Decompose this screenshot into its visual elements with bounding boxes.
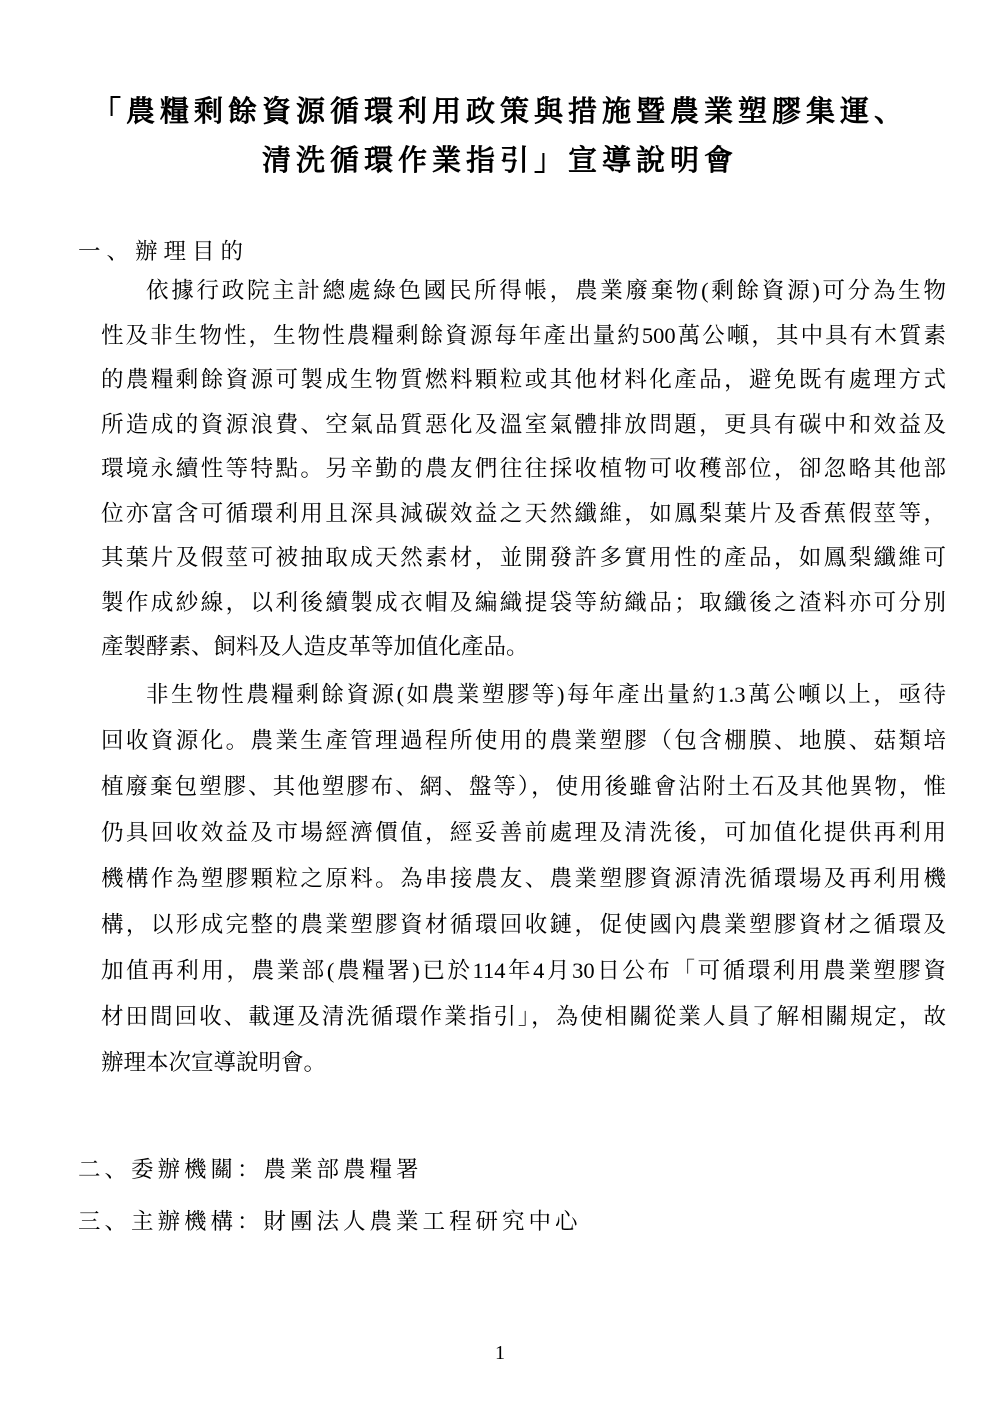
- paragraph-1-line-8: 製作成紗線，以利後續製成衣帽及編織提袋等紡織品；取纖後之渣料亦可分別: [101, 581, 946, 626]
- paragraph-1-line-5: 環境永續性等特點。另辛勤的農友們往往採收植物可收穫部位，卻忽略其他部: [101, 447, 946, 492]
- paragraph-2-line-8: 材田間回收、載運及清洗循環作業指引」，為使相關從業人員了解相關規定，故: [101, 994, 946, 1040]
- page-number: 1: [0, 1342, 1000, 1365]
- paragraph-1-line-4: 所造成的資源浪費、空氣品質惡化及溫室氣體排放問題，更具有碳中和效益及: [101, 403, 946, 448]
- paragraph-1-line-3: 的農糧剩餘資源可製成生物質燃料顆粒或其他材料化產品，避免既有處理方式: [101, 358, 946, 403]
- paragraph-2-line-1: 非生物性農糧剩餘資源(如農業塑膠等)每年產出量約1.3萬公噸以上，亟待: [101, 672, 946, 718]
- document-page: 「農糧剩餘資源循環利用政策與措施暨農業塑膠集運、 清洗循環作業指引」宣導說明會 …: [0, 0, 1000, 1415]
- document-title-line-1: 「農糧剩餘資源循環利用政策與措施暨農業塑膠集運、: [0, 88, 1000, 137]
- section-1-heading: 一、辦理目的: [78, 234, 249, 266]
- paragraph-2-line-9: 辦理本次宣導說明會。: [101, 1040, 946, 1086]
- paragraph-2: 非生物性農糧剩餘資源(如農業塑膠等)每年產出量約1.3萬公噸以上，亟待 回收資源…: [101, 672, 946, 1086]
- paragraph-2-line-3: 植廢棄包塑膠、其他塑膠布、網、盤等），使用後雖會沾附土石及其他異物，惟: [101, 764, 946, 810]
- paragraph-1-line-2: 性及非生物性，生物性農糧剩餘資源每年產出量約500萬公噸，其中具有木質素: [101, 314, 946, 359]
- paragraph-1-line-6: 位亦富含可循環利用且深具減碳效益之天然纖維，如鳳梨葉片及香蕉假莖等，: [101, 492, 946, 537]
- paragraph-1-line-7: 其葉片及假莖可被抽取成天然素材，並開發許多實用性的產品，如鳳梨纖維可: [101, 536, 946, 581]
- paragraph-2-line-5: 機構作為塑膠顆粒之原料。為串接農友、農業塑膠資源清洗循環場及再利用機: [101, 856, 946, 902]
- paragraph-2-line-6: 構，以形成完整的農業塑膠資材循環回收鏈，促使國內農業塑膠資材之循環及: [101, 902, 946, 948]
- paragraph-2-line-2: 回收資源化。農業生產管理過程所使用的農業塑膠（包含棚膜、地膜、菇類培: [101, 718, 946, 764]
- document-title: 「農糧剩餘資源循環利用政策與措施暨農業塑膠集運、 清洗循環作業指引」宣導說明會: [0, 88, 1000, 186]
- paragraph-2-line-7: 加值再利用，農業部(農糧署)已於114年4月30日公布「可循環利用農業塑膠資: [101, 948, 946, 994]
- paragraph-1-line-1: 依據行政院主計總處綠色國民所得帳，農業廢棄物(剩餘資源)可分為生物: [101, 269, 946, 314]
- section-3-heading: 三、主辦機構：財團法人農業工程研究中心: [78, 1204, 582, 1236]
- section-2-heading: 二、委辦機關：農業部農糧署: [78, 1152, 423, 1184]
- document-title-line-2: 清洗循環作業指引」宣導說明會: [0, 137, 1000, 186]
- paragraph-2-line-4: 仍具回收效益及市場經濟價值，經妥善前處理及清洗後，可加值化提供再利用: [101, 810, 946, 856]
- paragraph-1: 依據行政院主計總處綠色國民所得帳，農業廢棄物(剩餘資源)可分為生物 性及非生物性…: [101, 269, 946, 670]
- paragraph-1-line-9: 產製酵素、飼料及人造皮革等加值化產品。: [101, 625, 946, 670]
